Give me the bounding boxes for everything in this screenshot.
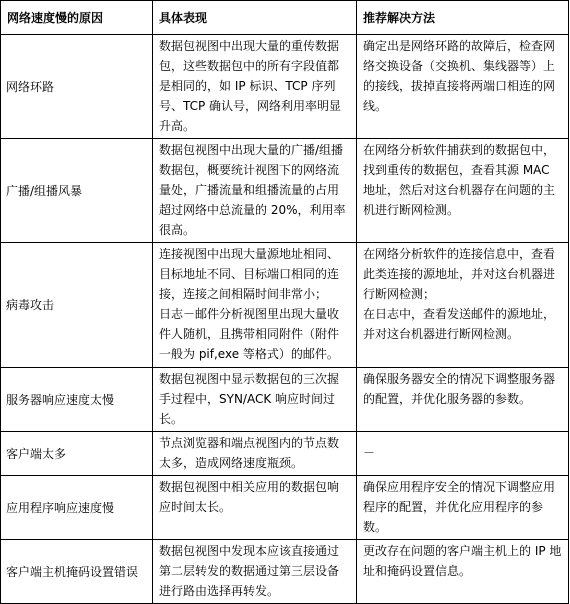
cause-cell: 网络环路: [1, 35, 153, 139]
symptom-text: 数据包视图中显示数据包的三次握手过程中，SYN/ACK 响应时间过长。: [159, 369, 350, 429]
cause-cell: 病毒攻击: [1, 243, 153, 368]
solution-text: 在网络分析软件的连接信息中，查看此类连接的源地址，并对这台机器进行断网检测；: [363, 244, 562, 304]
cause-cell: 应用程序响应速度慢: [1, 476, 153, 517]
symptom-cell: 数据包视图中显示数据包的三次握手过程中，SYN/ACK 响应时间过长。: [153, 368, 357, 432]
symptom-cell: 节点浏览器和端点视图内的节点数太多，造成网络速度瓶颈。: [153, 432, 357, 476]
symptom-cell: 数据包视图中相关应用的数据包响应时间太长。: [153, 476, 357, 517]
symptom-text: 数据包视图中出现大量的重传数据包，这些数据包中的所有字段值都是相同的，如 IP …: [159, 36, 350, 136]
solution-cell: 确保服务器安全的情况下调整服务器的配置，并优化服务器的参数。: [357, 368, 569, 432]
solution-text: 在日志中，查看发送邮件的源地址，并对这台机器进行断网检测。: [363, 304, 562, 344]
symptom-text: 数据包视图中相关应用的数据包响应时间太长。: [159, 477, 350, 516]
table-row: 应用程序响应速度慢 数据包视图中相关应用的数据包响应时间太长。 确保应用程序安全…: [1, 476, 569, 517]
header-row: 网络速度慢的原因 具体表现 推荐解决方法: [1, 1, 569, 35]
header-symptom: 具体表现: [153, 1, 357, 35]
symptom-cell: 数据包视图中出现大量的重传数据包，这些数据包中的所有字段值都是相同的，如 IP …: [153, 35, 357, 139]
cause-cell: 客户端太多: [1, 432, 153, 476]
solution-text: 在网络分析软件捕获到的数据包中，找到重传的数据包，查看其源 MAC 地址，然后对…: [363, 140, 562, 220]
table-row: 网络环路 数据包视图中出现大量的重传数据包，这些数据包中的所有字段值都是相同的，…: [1, 35, 569, 139]
solution-text: 确保应用程序安全的情况下调整应用程序的配置，并优化应用程序的参数。: [363, 477, 562, 516]
symptom-text: 连接视图中出现大量源地址相同、目标地址不同、目标端口相同的连接，连接之间相隔时间…: [159, 244, 350, 304]
table-row: 客户端太多 节点浏览器和端点视图内的节点数太多，造成网络速度瓶颈。 －: [1, 432, 569, 476]
solution-cell: 在网络分析软件捕获到的数据包中，找到重传的数据包，查看其源 MAC 地址，然后对…: [357, 139, 569, 243]
table-row: 服务器响应速度太慢 数据包视图中显示数据包的三次握手过程中，SYN/ACK 响应…: [1, 368, 569, 432]
symptom-text: 日志－邮件分析视图里出现大量收件人随机，且携带相同附件（附件一般为 pif,ex…: [159, 304, 350, 364]
solution-cell: 确保应用程序安全的情况下调整应用程序的配置，并优化应用程序的参数。: [357, 476, 569, 517]
cause-cell: 广播/组播风暴: [1, 139, 153, 243]
header-cause: 网络速度慢的原因: [1, 1, 153, 35]
table-row: 广播/组播风暴 数据包视图中出现大量的广播/组播数据包，概要统计视图下的网络流量…: [1, 139, 569, 243]
solution-text: －: [363, 443, 562, 463]
network-slowdown-table: 网络速度慢的原因 具体表现 推荐解决方法 网络环路 数据包视图中出现大量的重传数…: [0, 0, 569, 516]
symptom-text: 节点浏览器和端点视图内的节点数太多，造成网络速度瓶颈。: [159, 433, 350, 473]
symptom-cell: 数据包视图中出现大量的广播/组播数据包，概要统计视图下的网络流量处，广播流量和组…: [153, 139, 357, 243]
header-solution: 推荐解决方法: [357, 1, 569, 35]
symptom-cell: 连接视图中出现大量源地址相同、目标地址不同、目标端口相同的连接，连接之间相隔时间…: [153, 243, 357, 368]
cause-cell: 服务器响应速度太慢: [1, 368, 153, 432]
solution-cell: 确定出是网络环路的故障后，检查网络交换设备（交换机、集线器等）上的接线，拔掉直接…: [357, 35, 569, 139]
solution-text: 确保服务器安全的情况下调整服务器的配置，并优化服务器的参数。: [363, 369, 562, 409]
solution-cell: 在网络分析软件的连接信息中，查看此类连接的源地址，并对这台机器进行断网检测； 在…: [357, 243, 569, 368]
solution-cell: －: [357, 432, 569, 476]
solution-text: 确定出是网络环路的故障后，检查网络交换设备（交换机、集线器等）上的接线，拔掉直接…: [363, 36, 562, 116]
table-row: 病毒攻击 连接视图中出现大量源地址相同、目标地址不同、目标端口相同的连接，连接之…: [1, 243, 569, 368]
symptom-text: 数据包视图中出现大量的广播/组播数据包，概要统计视图下的网络流量处，广播流量和组…: [159, 140, 350, 240]
